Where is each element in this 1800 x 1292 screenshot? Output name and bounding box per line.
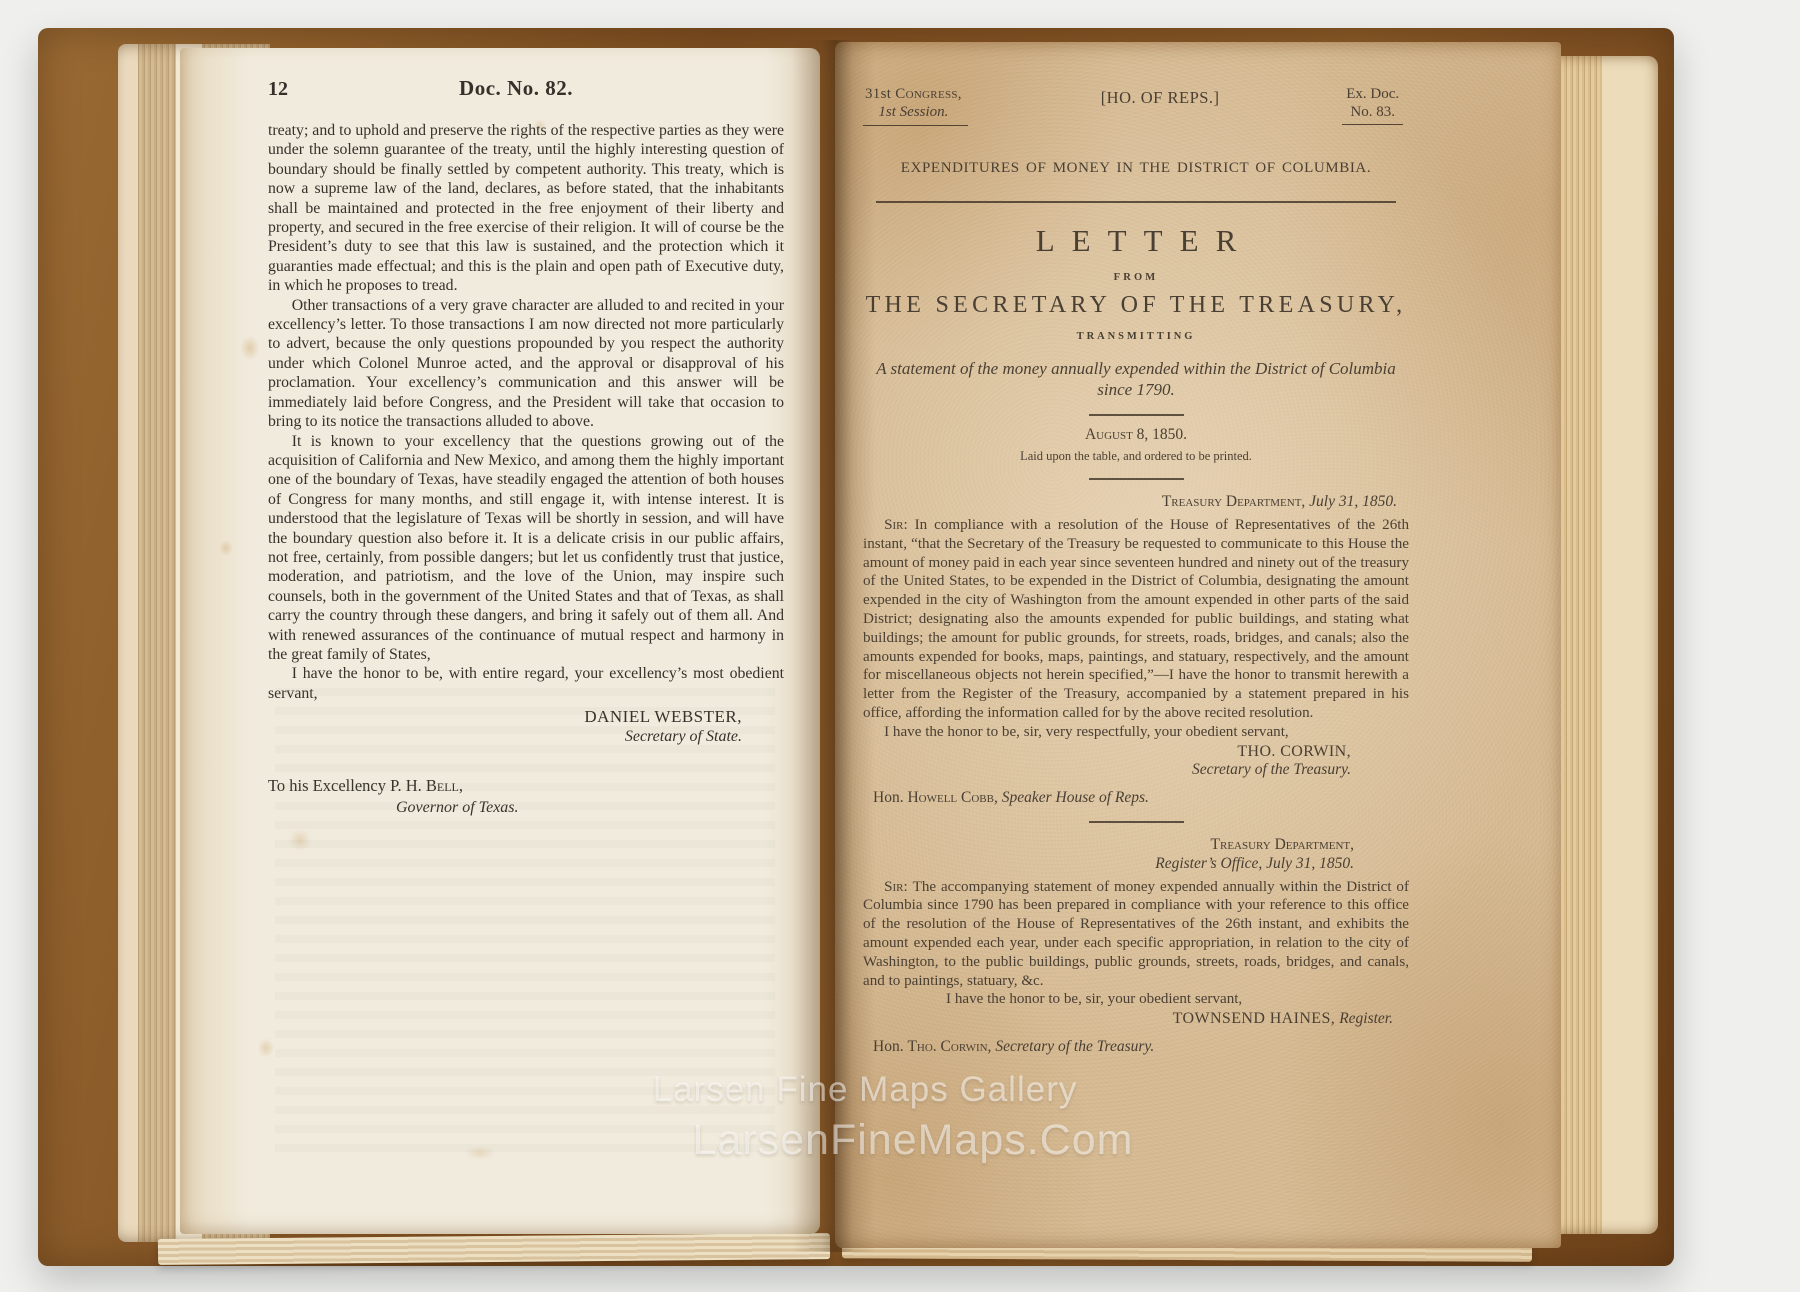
paragraph: It is known to your excellency that the …: [268, 432, 784, 665]
doc-label: Ex. Doc.: [1342, 86, 1403, 103]
letter2-salutation: Sir:: [884, 879, 908, 895]
paragraph: Other transactions of a very grave chara…: [268, 296, 784, 432]
letter2-valediction: I have the honor to be, sir, your obedie…: [863, 990, 1409, 1009]
order-to-print-line: Laid upon the table, and ordered to be p…: [863, 449, 1409, 464]
right-page-text: 31st Congress, 1st Session. [HO. OF REPS…: [863, 42, 1409, 1056]
letter2-office-date: Register’s Office, July 31, 1850.: [863, 854, 1354, 873]
page-edges-right: [1558, 56, 1658, 1234]
document-date: August 8, 1850.: [863, 426, 1409, 444]
addressee-prefix: To his Excellency: [268, 776, 390, 795]
letter1-department: Treasury Department,: [1162, 493, 1305, 510]
letter2-signature: TOWNSEND HAINES, Register.: [863, 1010, 1393, 1028]
right-page: 31st Congress, 1st Session. [HO. OF REPS…: [835, 42, 1561, 1248]
letter1-addressee-title: Speaker House of Reps.: [1002, 789, 1149, 806]
letter2-signature-name: TOWNSEND HAINES,: [1173, 1010, 1336, 1027]
letter2-department: Treasury Department,: [863, 835, 1354, 854]
addressee-block: To his Excellency P. H. Bell, Governor o…: [268, 776, 784, 817]
letter1-salutation: Sir:: [884, 517, 908, 533]
letter2-addressee: Hon. Tho. Corwin, Secretary of the Treas…: [863, 1038, 1409, 1056]
photo-backdrop: 12 Doc. No. 82. treaty; and to uphold an…: [0, 0, 1800, 1292]
addressee-name: P. H. Bell,: [390, 776, 463, 795]
letter1-body: Sir: In compliance with a resolution of …: [863, 516, 1409, 742]
letter1-addressee: Hon. Howell Cobb, Speaker House of Reps.: [863, 789, 1409, 807]
doc-number: No. 83.: [1342, 103, 1403, 125]
letter2-addressee-name: Tho. Corwin,: [907, 1038, 991, 1055]
congress-name: Congress,: [895, 86, 962, 102]
left-page-body: treaty; and to uphold and preserve the r…: [268, 121, 784, 703]
divider-rule-short: [1089, 414, 1184, 416]
signature-name: DANIEL WEBSTER,: [268, 707, 742, 727]
addressee-title: Governor of Texas.: [396, 799, 784, 817]
doc-number-block: Ex. Doc. No. 83.: [1342, 86, 1403, 125]
page-number: 12: [268, 78, 288, 101]
session-line: 1st Session.: [865, 104, 962, 121]
signature-block: DANIEL WEBSTER, Secretary of State.: [268, 707, 742, 746]
congress-session-block: 31st Congress, 1st Session.: [863, 86, 968, 126]
signature-title: Secretary of State.: [268, 728, 742, 746]
divider-rule: [876, 201, 1396, 203]
letter1-dateline: Treasury Department, July 31, 1850.: [863, 493, 1409, 511]
document-subject: EXPENDITURES OF MONEY IN THE DISTRICT OF…: [863, 160, 1409, 177]
letter1-addressee-name: Howell Cobb,: [907, 789, 997, 806]
letter1-signature-name: THO. CORWIN,: [863, 743, 1351, 761]
running-head: Doc. No. 82.: [288, 76, 784, 101]
closing-line: I have the honor to be, with entire rega…: [268, 664, 784, 703]
left-page-text: 12 Doc. No. 82. treaty; and to uphold an…: [180, 48, 820, 817]
congress-prefix: 31st: [865, 86, 895, 102]
document-title: LETTER: [863, 223, 1409, 259]
letter1-addressee-prefix: Hon.: [873, 789, 907, 806]
letter2-body: Sir: The accompanying statement of money…: [863, 878, 1409, 1010]
left-page-header: 12 Doc. No. 82.: [268, 76, 784, 101]
document-author: THE SECRETARY OF THE TREASURY,: [863, 292, 1409, 319]
divider-rule-short: [1089, 821, 1184, 823]
letter2-text: The accompanying statement of money expe…: [863, 879, 1409, 989]
chamber-label: [HO. OF REPS.]: [1091, 88, 1220, 108]
letter2-addressee-prefix: Hon.: [873, 1038, 907, 1055]
document-header: 31st Congress, 1st Session. [HO. OF REPS…: [863, 86, 1409, 126]
transmitting-label: TRANSMITTING: [863, 331, 1409, 342]
letter1-valediction: I have the honor to be, sir, very respec…: [863, 723, 1409, 742]
letter1-signature-title: Secretary of the Treasury.: [863, 761, 1351, 779]
left-page: 12 Doc. No. 82. treaty; and to uphold an…: [180, 48, 820, 1234]
letter2-addressee-title: Secretary of the Treasury.: [995, 1038, 1154, 1055]
letter1-text: In compliance with a resolution of the H…: [863, 517, 1409, 721]
letter1-date: July 31, 1850.: [1309, 493, 1397, 510]
document-abstract: A statement of the money annually expend…: [876, 358, 1396, 400]
from-label: FROM: [863, 272, 1409, 283]
letter1-signature: THO. CORWIN, Secretary of the Treasury.: [863, 743, 1351, 779]
letter2-dateline: Treasury Department, Register’s Office, …: [863, 835, 1409, 873]
paragraph: treaty; and to uphold and preserve the r…: [268, 121, 784, 296]
letter2-signature-title: Register.: [1339, 1010, 1393, 1027]
divider-rule-short: [1089, 478, 1184, 480]
